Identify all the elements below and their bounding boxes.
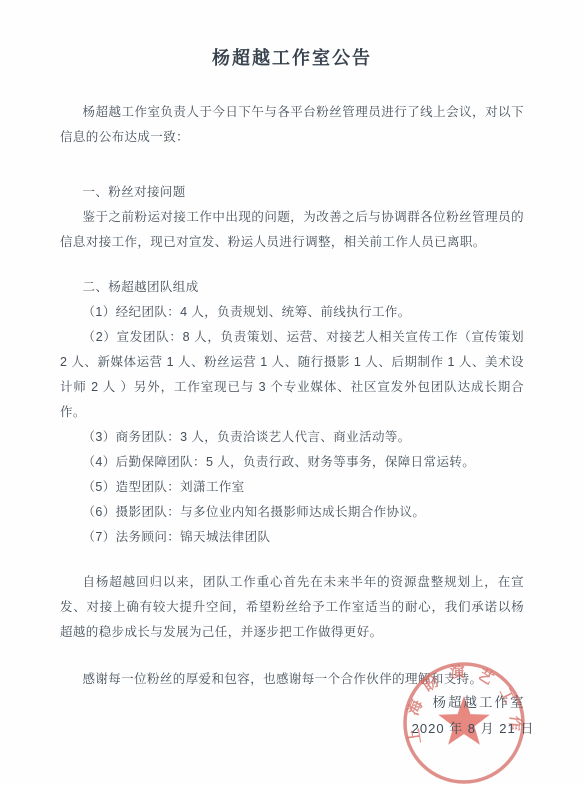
announcement-document: 杨超越工作室公告 杨超越工作室负责人于今日下午与各平台粉丝管理员进行了线上会议，… (0, 0, 584, 785)
closing-paragraph-1: 自杨超越回归以来，团队工作重心首先在未来半年的资源盘整规划上，在宣发、对接上确有… (60, 570, 524, 645)
list-item-6: （6）摄影团队：与多位业内知名摄影师达成长期合作协议。 (60, 500, 524, 525)
document-title: 杨超越工作室公告 (60, 46, 524, 70)
list-item-2: （2）宣发团队：8 人，负责策划、运营、对接艺人相关宣传工作（宣传策划 2 人、… (60, 325, 524, 425)
list-item-3: （3）商务团队：3 人，负责洽谈艺人代言、商业活动等。 (60, 425, 524, 450)
section-1-paragraph: 鉴于之前粉运对接工作中出现的问题，为改善之后与协调群各位粉丝管理员的信息对接工作… (60, 205, 524, 255)
signature-date: 2020 年 8 月 21 日 (403, 716, 543, 741)
intro-paragraph: 杨超越工作室负责人于今日下午与各平台粉丝管理员进行了线上会议，对以下信息的公布达… (60, 100, 524, 150)
section-1-heading: 一、粉丝对接问题 (60, 180, 524, 205)
list-item-4: （4）后勤保障团队：5 人，负责行政、财务等事务，保障日常运转。 (60, 450, 524, 475)
list-item-1: （1）经纪团队：4 人，负责规划、统筹、前线执行工作。 (60, 300, 524, 325)
section-2-heading: 二、杨超越团队组成 (60, 275, 524, 300)
signature-name: 杨超越工作室 (409, 690, 549, 715)
list-item-5: （5）造型团队：刘潇工作室 (60, 475, 524, 500)
document-body: 杨超越工作室公告 杨超越工作室负责人于今日下午与各平台粉丝管理员进行了线上会议，… (0, 46, 584, 692)
list-item-7: （7）法务顾问：锦天城法律团队 (60, 525, 524, 550)
